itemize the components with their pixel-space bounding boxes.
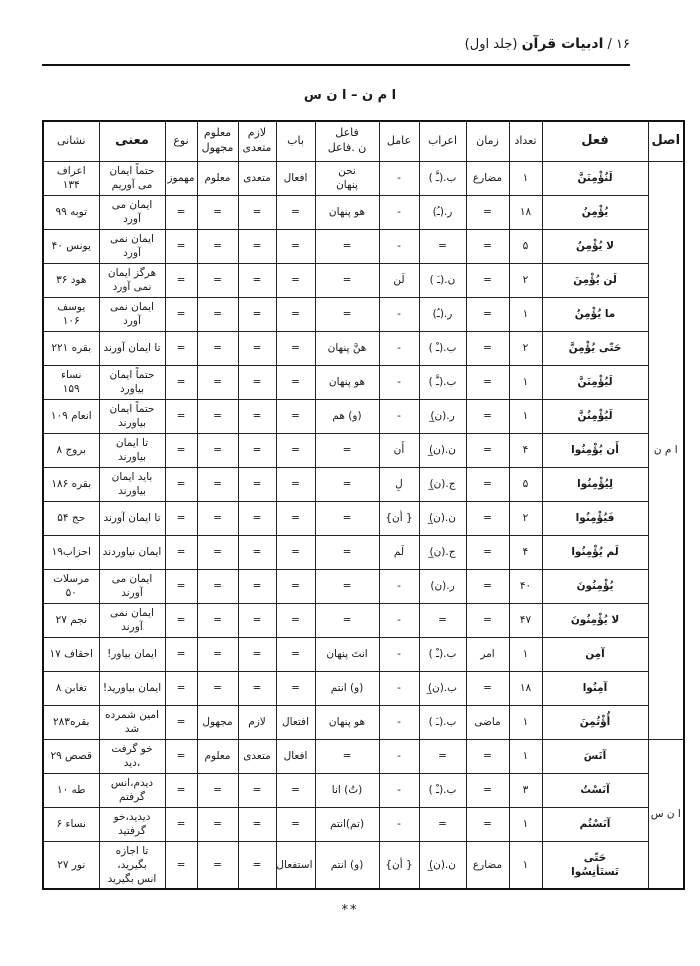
column-header: اعراب bbox=[419, 121, 466, 161]
cell-amel: لَم bbox=[379, 535, 419, 569]
cell-bab: افتعال bbox=[276, 705, 315, 739]
cell-zaman: = bbox=[466, 739, 509, 773]
cell-tedad: ۵ bbox=[509, 467, 542, 501]
column-header: زمان bbox=[466, 121, 509, 161]
cell-fael: = bbox=[315, 263, 379, 297]
cell-lazem: = bbox=[238, 365, 276, 399]
cell-tedad: ۱ bbox=[509, 297, 542, 331]
cell-neshani: نساء ۶ bbox=[43, 807, 99, 841]
cell-erab: = bbox=[419, 229, 466, 263]
cell-lazem: = bbox=[238, 637, 276, 671]
cell-zaman: مضارع bbox=[466, 161, 509, 195]
cell-erab: ر.(ـُ) bbox=[419, 195, 466, 229]
cell-erab: ج.(ن̲) bbox=[419, 467, 466, 501]
cell-lazem: = bbox=[238, 297, 276, 331]
cell-erab: ب.(ـْ ) bbox=[419, 773, 466, 807]
table-row: آمِنُوا۱۸=ب.(ن̲)-(و) انتم====ایمان بیاور… bbox=[43, 671, 684, 705]
cell-malum: معلوم bbox=[197, 739, 238, 773]
cell-tedad: ۲ bbox=[509, 501, 542, 535]
cell-fael: = bbox=[315, 297, 379, 331]
cell-malum: = bbox=[197, 535, 238, 569]
cell-bab: = bbox=[276, 637, 315, 671]
cell-erab: ن.(ن̲) bbox=[419, 433, 466, 467]
cell-mani: ایمان بیاور! bbox=[99, 637, 165, 671]
cell-bab: = bbox=[276, 671, 315, 705]
cell-neshani: یونس ۴۰ bbox=[43, 229, 99, 263]
cell-tedad: ۱ bbox=[509, 841, 542, 889]
cell-malum: = bbox=[197, 467, 238, 501]
header-divider bbox=[42, 64, 630, 66]
cell-malum: = bbox=[197, 569, 238, 603]
cell-fel: لَنُؤْمِنَنَّ bbox=[542, 161, 648, 195]
footer-mark: ** bbox=[0, 903, 700, 918]
volume-label: (جلد اول) bbox=[465, 37, 522, 52]
table-row: حَتّی یُؤْمِنَّ۲=ب.(ـْ )-هنَّ پنهان====ت… bbox=[43, 331, 684, 365]
cell-erab: = bbox=[419, 807, 466, 841]
cell-amel: - bbox=[379, 399, 419, 433]
cell-lazem: = bbox=[238, 603, 276, 637]
cell-neshani: بقره۲۸۳ bbox=[43, 705, 99, 739]
cell-lazem: = bbox=[238, 671, 276, 705]
cell-lazem: = bbox=[238, 399, 276, 433]
cell-no: = bbox=[165, 773, 197, 807]
cell-fel: آنَسَ bbox=[542, 739, 648, 773]
cell-fael: = bbox=[315, 467, 379, 501]
table-row: آنَسْتُ۳=ب.(ـْ )-(تُ) انا====دیدم،انس گر… bbox=[43, 773, 684, 807]
cell-fel: لَم یُؤْمِنُوا bbox=[542, 535, 648, 569]
cell-neshani: اعراف ۱۳۴ bbox=[43, 161, 99, 195]
cell-erab: ب.(ـَ ) bbox=[419, 705, 466, 739]
cell-mani: حتماً ایمان بیاورند bbox=[99, 399, 165, 433]
cell-fael: (و) هم bbox=[315, 399, 379, 433]
cell-fael: هنَّ پنهان bbox=[315, 331, 379, 365]
cell-amel: - bbox=[379, 705, 419, 739]
cell-amel: - bbox=[379, 331, 419, 365]
column-header: فاعل ن .فاعل bbox=[315, 121, 379, 161]
column-header: اصل bbox=[648, 121, 684, 161]
cell-erab: = bbox=[419, 603, 466, 637]
cell-tedad: ۳ bbox=[509, 773, 542, 807]
book-title: ادبیات قرآن bbox=[522, 36, 604, 52]
cell-tedad: ۱ bbox=[509, 161, 542, 195]
cell-mani: تا ایمان بیاورند bbox=[99, 433, 165, 467]
cell-fel: آنَسْتُ bbox=[542, 773, 648, 807]
cell-neshani: نور ۲۷ bbox=[43, 841, 99, 889]
cell-fael: نحن پنهان bbox=[315, 161, 379, 195]
cell-tedad: ۱ bbox=[509, 807, 542, 841]
cell-fel: لا یُؤْمِنُ bbox=[542, 229, 648, 263]
cell-zaman: = bbox=[466, 331, 509, 365]
cell-no: = bbox=[165, 297, 197, 331]
cell-mani: باید ایمان بیاورند bbox=[99, 467, 165, 501]
cell-fael: = bbox=[315, 433, 379, 467]
cell-malum: = bbox=[197, 331, 238, 365]
column-header: عامل bbox=[379, 121, 419, 161]
cell-erab: ب.(ـَّ ) bbox=[419, 161, 466, 195]
table-row: لَیُؤْمِنُنَّ۱=ر.(ن̲)-(و) هم====حتماً ای… bbox=[43, 399, 684, 433]
cell-malum: = bbox=[197, 229, 238, 263]
cell-lazem: = bbox=[238, 331, 276, 365]
cell-fel: لَیُؤْمِنَنَّ bbox=[542, 365, 648, 399]
cell-mani: تا ایمان آورند bbox=[99, 331, 165, 365]
cell-amel: - bbox=[379, 773, 419, 807]
cell-fel: یُؤْمِنُونَ bbox=[542, 569, 648, 603]
cell-mani: دیدید،خو گرفتید bbox=[99, 807, 165, 841]
cell-no: = bbox=[165, 569, 197, 603]
table-row: ا م نلَنُؤْمِنَنَّ۱مضارعب.(ـَّ )-نحن پنه… bbox=[43, 161, 684, 195]
cell-mani: هرگز ایمان نمی آورد bbox=[99, 263, 165, 297]
cell-bab: = bbox=[276, 467, 315, 501]
cell-malum: = bbox=[197, 195, 238, 229]
cell-fel: لَن یُؤْمِنَ bbox=[542, 263, 648, 297]
root-label: ا ن س bbox=[648, 739, 684, 889]
cell-tedad: ۴ bbox=[509, 535, 542, 569]
cell-fael: (تم)انتم bbox=[315, 807, 379, 841]
cell-mani: امین شمرده شد bbox=[99, 705, 165, 739]
cell-fel: آمِنُوا bbox=[542, 671, 648, 705]
cell-no: = bbox=[165, 637, 197, 671]
cell-zaman: = bbox=[466, 263, 509, 297]
cell-neshani: احزاب۱۹ bbox=[43, 535, 99, 569]
cell-no: = bbox=[165, 433, 197, 467]
cell-fael: = bbox=[315, 535, 379, 569]
cell-neshani: انعام ۱۰۹ bbox=[43, 399, 99, 433]
cell-fel: فَیُؤْمِنُوا bbox=[542, 501, 648, 535]
cell-malum: = bbox=[197, 807, 238, 841]
cell-lazem: = bbox=[238, 501, 276, 535]
cell-mani: ایمان نمی آورد bbox=[99, 297, 165, 331]
cell-amel: - bbox=[379, 637, 419, 671]
cell-amel: لَن bbox=[379, 263, 419, 297]
cell-fael: هو پنهان bbox=[315, 705, 379, 739]
cell-neshani: احقاف ۱۷ bbox=[43, 637, 99, 671]
cell-amel: - bbox=[379, 807, 419, 841]
cell-tedad: ۱۸ bbox=[509, 195, 542, 229]
cell-amel: أَن bbox=[379, 433, 419, 467]
cell-malum: = bbox=[197, 637, 238, 671]
table-row: لا یُؤْمِنُ۵==-=====ایمان نمی آوردیونس ۴… bbox=[43, 229, 684, 263]
cell-zaman: = bbox=[466, 195, 509, 229]
cell-bab: = bbox=[276, 603, 315, 637]
cell-mani: ایمان نمی آورند bbox=[99, 603, 165, 637]
cell-no: = bbox=[165, 195, 197, 229]
cell-lazem: = bbox=[238, 535, 276, 569]
cell-neshani: مرسلات ۵۰ bbox=[43, 569, 99, 603]
cell-malum: مجهول bbox=[197, 705, 238, 739]
table-row: آمِن۱امرب.(ـْ )-انتَ پنهان====ایمان بیاو… bbox=[43, 637, 684, 671]
cell-lazem: = bbox=[238, 229, 276, 263]
cell-malum: = bbox=[197, 263, 238, 297]
cell-erab: ج.(ن̲) bbox=[419, 535, 466, 569]
cell-erab: = bbox=[419, 739, 466, 773]
cell-zaman: امر bbox=[466, 637, 509, 671]
cell-zaman: = bbox=[466, 229, 509, 263]
cell-mani: دیدم،انس گرفتم bbox=[99, 773, 165, 807]
cell-amel: - bbox=[379, 739, 419, 773]
cell-malum: = bbox=[197, 297, 238, 331]
cell-no: = bbox=[165, 603, 197, 637]
page-header: ۱۶ / ادبیات قرآن (جلد اول) bbox=[465, 36, 630, 52]
cell-tedad: ۱ bbox=[509, 365, 542, 399]
cell-fel: لِیُؤْمِنُوا bbox=[542, 467, 648, 501]
table-row: حَتّی تَستَأنِسُوا۱مضارعن.(ن̲){ أن}(و) ا… bbox=[43, 841, 684, 889]
cell-no: = bbox=[165, 841, 197, 889]
conjugation-table: اصلفعلتعدادزماناعرابعاملفاعل ن .فاعلبابل… bbox=[42, 120, 685, 890]
cell-fel: آنَسْتُم bbox=[542, 807, 648, 841]
column-header: معلوم مجهول bbox=[197, 121, 238, 161]
cell-zaman: = bbox=[466, 365, 509, 399]
cell-no: = bbox=[165, 263, 197, 297]
cell-fael: = bbox=[315, 739, 379, 773]
cell-malum: = bbox=[197, 773, 238, 807]
cell-no: = bbox=[165, 705, 197, 739]
cell-erab: ب.(ـْ ) bbox=[419, 331, 466, 365]
cell-neshani: نساء ۱۵۹ bbox=[43, 365, 99, 399]
cell-fel: ما یُؤْمِنُ bbox=[542, 297, 648, 331]
cell-erab: ب.(ـْ ) bbox=[419, 637, 466, 671]
cell-lazem: متعدی bbox=[238, 739, 276, 773]
cell-zaman: = bbox=[466, 773, 509, 807]
table-row: لِیُؤْمِنُوا۵=ج.(ن̲)لِ=====باید ایمان بی… bbox=[43, 467, 684, 501]
column-header: تعداد bbox=[509, 121, 542, 161]
cell-erab: ر.(ن) bbox=[419, 569, 466, 603]
cell-fael: = bbox=[315, 603, 379, 637]
table-row: لَیُؤْمِنَنَّ۱=ب.(ـَّ )-هو پنهان====حتما… bbox=[43, 365, 684, 399]
cell-bab: افعال bbox=[276, 161, 315, 195]
column-header: نشانی bbox=[43, 121, 99, 161]
cell-bab: = bbox=[276, 263, 315, 297]
cell-tedad: ۱ bbox=[509, 705, 542, 739]
cell-fael: هو پنهان bbox=[315, 195, 379, 229]
cell-malum: معلوم bbox=[197, 161, 238, 195]
cell-malum: = bbox=[197, 365, 238, 399]
cell-no: = bbox=[165, 671, 197, 705]
cell-malum: = bbox=[197, 671, 238, 705]
cell-mani: تا اجازه بگیرید، انس بگیرید bbox=[99, 841, 165, 889]
cell-fael: = bbox=[315, 501, 379, 535]
cell-bab: استفعال bbox=[276, 841, 315, 889]
cell-amel: { أن} bbox=[379, 841, 419, 889]
table-row: ا ن سآنَسَ۱==-=افعالمتعدیمعلوم=خو گرفت ،… bbox=[43, 739, 684, 773]
cell-erab: ن.(ن̲) bbox=[419, 841, 466, 889]
cell-malum: = bbox=[197, 433, 238, 467]
cell-amel: - bbox=[379, 569, 419, 603]
cell-fel: أُؤْتُمِنَ bbox=[542, 705, 648, 739]
cell-bab: = bbox=[276, 331, 315, 365]
cell-fel: أَن یُؤْمِنُوا bbox=[542, 433, 648, 467]
cell-bab: = bbox=[276, 229, 315, 263]
root-label: ا م ن bbox=[648, 161, 684, 739]
page-number: ۱۶ / bbox=[603, 37, 630, 52]
cell-bab: افعال bbox=[276, 739, 315, 773]
cell-fel: یُؤْمِنُ bbox=[542, 195, 648, 229]
cell-tedad: ۱ bbox=[509, 637, 542, 671]
table-body: ا م نلَنُؤْمِنَنَّ۱مضارعب.(ـَّ )-نحن پنه… bbox=[43, 161, 684, 889]
cell-fel: حَتّی تَستَأنِسُوا bbox=[542, 841, 648, 889]
book-page: ۱۶ / ادبیات قرآن (جلد اول) ا م ن – ا ن س… bbox=[0, 0, 700, 966]
cell-erab: ب.(ن̲) bbox=[419, 671, 466, 705]
cell-no: = bbox=[165, 365, 197, 399]
cell-amel: - bbox=[379, 365, 419, 399]
cell-neshani: حج ۵۴ bbox=[43, 501, 99, 535]
cell-malum: = bbox=[197, 841, 238, 889]
cell-no: مهموز bbox=[165, 161, 197, 195]
cell-fael: = bbox=[315, 569, 379, 603]
cell-mani: حتماً ایمان بیاورد bbox=[99, 365, 165, 399]
cell-malum: = bbox=[197, 399, 238, 433]
column-header: نوع bbox=[165, 121, 197, 161]
cell-erab: ن.(ن̲) bbox=[419, 501, 466, 535]
cell-fael: (تُ) انا bbox=[315, 773, 379, 807]
cell-no: = bbox=[165, 331, 197, 365]
cell-bab: = bbox=[276, 433, 315, 467]
cell-zaman: = bbox=[466, 535, 509, 569]
cell-zaman: = bbox=[466, 569, 509, 603]
cell-no: = bbox=[165, 501, 197, 535]
cell-zaman: = bbox=[466, 297, 509, 331]
cell-zaman: = bbox=[466, 807, 509, 841]
cell-no: = bbox=[165, 399, 197, 433]
cell-malum: = bbox=[197, 603, 238, 637]
table-row: لا یُؤْمِنُونَ۴۷==-=====ایمان نمی آورندن… bbox=[43, 603, 684, 637]
cell-lazem: = bbox=[238, 841, 276, 889]
cell-lazem: متعدی bbox=[238, 161, 276, 195]
table-row: أَن یُؤْمِنُوا۴=ن.(ن̲)أَن=====تا ایمان ب… bbox=[43, 433, 684, 467]
cell-mani: ایمان می آورند bbox=[99, 569, 165, 603]
table-header-row: اصلفعلتعدادزماناعرابعاملفاعل ن .فاعلبابل… bbox=[43, 121, 684, 161]
cell-amel: - bbox=[379, 229, 419, 263]
table-row: یُؤْمِنُونَ۴۰=ر.(ن)-=====ایمان می آورندم… bbox=[43, 569, 684, 603]
cell-tedad: ۲ bbox=[509, 263, 542, 297]
cell-fael: = bbox=[315, 229, 379, 263]
cell-bab: = bbox=[276, 501, 315, 535]
cell-amel: - bbox=[379, 297, 419, 331]
cell-lazem: = bbox=[238, 433, 276, 467]
cell-neshani: طه ۱۰ bbox=[43, 773, 99, 807]
table-row: یُؤْمِنُ۱۸=ر.(ـُ)-هو پنهان====ایمان می آ… bbox=[43, 195, 684, 229]
cell-amel: - bbox=[379, 195, 419, 229]
cell-no: = bbox=[165, 739, 197, 773]
cell-malum: = bbox=[197, 501, 238, 535]
column-header: فعل bbox=[542, 121, 648, 161]
cell-neshani: بقره ۲۲۱ bbox=[43, 331, 99, 365]
cell-lazem: = bbox=[238, 467, 276, 501]
cell-fel: لَیُؤْمِنُنَّ bbox=[542, 399, 648, 433]
cell-fael: (و) انتم bbox=[315, 841, 379, 889]
cell-tedad: ۴۷ bbox=[509, 603, 542, 637]
cell-bab: = bbox=[276, 807, 315, 841]
column-header: معنی bbox=[99, 121, 165, 161]
cell-mani: ایمان نمی آورد bbox=[99, 229, 165, 263]
cell-zaman: = bbox=[466, 399, 509, 433]
cell-zaman: ماضی bbox=[466, 705, 509, 739]
cell-amel: { أن} bbox=[379, 501, 419, 535]
cell-erab: ر.(ن̲) bbox=[419, 399, 466, 433]
cell-zaman: = bbox=[466, 501, 509, 535]
cell-fael: (و) انتم bbox=[315, 671, 379, 705]
cell-erab: ب.(ـَّ ) bbox=[419, 365, 466, 399]
cell-mani: ایمان می آورد bbox=[99, 195, 165, 229]
cell-mani: خو گرفت ،دید bbox=[99, 739, 165, 773]
cell-bab: = bbox=[276, 773, 315, 807]
cell-lazem: لازم bbox=[238, 705, 276, 739]
cell-neshani: تغابن ۸ bbox=[43, 671, 99, 705]
cell-neshani: توبه ۹۹ bbox=[43, 195, 99, 229]
cell-lazem: = bbox=[238, 807, 276, 841]
cell-zaman: = bbox=[466, 467, 509, 501]
cell-lazem: = bbox=[238, 773, 276, 807]
cell-zaman: مضارع bbox=[466, 841, 509, 889]
cell-lazem: = bbox=[238, 569, 276, 603]
cell-tedad: ۲ bbox=[509, 331, 542, 365]
cell-neshani: قصص ۲۹ bbox=[43, 739, 99, 773]
cell-erab: ن.(ـَ ) bbox=[419, 263, 466, 297]
cell-zaman: = bbox=[466, 603, 509, 637]
cell-bab: = bbox=[276, 399, 315, 433]
cell-lazem: = bbox=[238, 263, 276, 297]
table-row: لَم یُؤْمِنُوا۴=ج.(ن̲)لَم=====ایمان نیاو… bbox=[43, 535, 684, 569]
cell-bab: = bbox=[276, 569, 315, 603]
cell-neshani: یوسف ۱۰۶ bbox=[43, 297, 99, 331]
cell-tedad: ۵ bbox=[509, 229, 542, 263]
cell-amel: لِ bbox=[379, 467, 419, 501]
cell-tedad: ۱ bbox=[509, 739, 542, 773]
cell-bab: = bbox=[276, 297, 315, 331]
cell-fael: هو پنهان bbox=[315, 365, 379, 399]
cell-neshani: بروج ۸ bbox=[43, 433, 99, 467]
column-header: باب bbox=[276, 121, 315, 161]
cell-mani: تا ایمان آورند bbox=[99, 501, 165, 535]
cell-bab: = bbox=[276, 365, 315, 399]
table-row: أُؤْتُمِنَ۱ماضیب.(ـَ )-هو پنهانافتعاللاز… bbox=[43, 705, 684, 739]
cell-no: = bbox=[165, 807, 197, 841]
table-row: ما یُؤْمِنُ۱=ر.(ـُ)-=====ایمان نمی آوردی… bbox=[43, 297, 684, 331]
cell-neshani: هود ۳۶ bbox=[43, 263, 99, 297]
cell-lazem: = bbox=[238, 195, 276, 229]
cell-fael: انتَ پنهان bbox=[315, 637, 379, 671]
cell-no: = bbox=[165, 535, 197, 569]
cell-amel: - bbox=[379, 603, 419, 637]
cell-zaman: = bbox=[466, 433, 509, 467]
cell-bab: = bbox=[276, 535, 315, 569]
cell-bab: = bbox=[276, 195, 315, 229]
column-header: لازم متعدی bbox=[238, 121, 276, 161]
cell-mani: ایمان بیاورید! bbox=[99, 671, 165, 705]
cell-no: = bbox=[165, 229, 197, 263]
table-row: فَیُؤْمِنُوا۲=ن.(ن̲){ أن}=====تا ایمان آ… bbox=[43, 501, 684, 535]
cell-no: = bbox=[165, 467, 197, 501]
cell-amel: - bbox=[379, 161, 419, 195]
cell-mani: ایمان نیاوردند bbox=[99, 535, 165, 569]
page-title: ا م ن – ا ن س bbox=[0, 88, 700, 103]
cell-fel: لا یُؤْمِنُونَ bbox=[542, 603, 648, 637]
table-row: لَن یُؤْمِنَ۲=ن.(ـَ )لَن=====هرگز ایمان … bbox=[43, 263, 684, 297]
cell-zaman: = bbox=[466, 671, 509, 705]
cell-fel: حَتّی یُؤْمِنَّ bbox=[542, 331, 648, 365]
cell-mani: حتماً ایمان می آوریم bbox=[99, 161, 165, 195]
table-row: آنَسْتُم۱==-(تم)انتم====دیدید،خو گرفتیدن… bbox=[43, 807, 684, 841]
cell-tedad: ۱ bbox=[509, 399, 542, 433]
cell-fel: آمِن bbox=[542, 637, 648, 671]
cell-tedad: ۱۸ bbox=[509, 671, 542, 705]
cell-tedad: ۴ bbox=[509, 433, 542, 467]
cell-tedad: ۴۰ bbox=[509, 569, 542, 603]
cell-amel: - bbox=[379, 671, 419, 705]
cell-erab: ر.(ـُ) bbox=[419, 297, 466, 331]
cell-neshani: بقره ۱۸۶ bbox=[43, 467, 99, 501]
cell-neshani: نجم ۲۷ bbox=[43, 603, 99, 637]
